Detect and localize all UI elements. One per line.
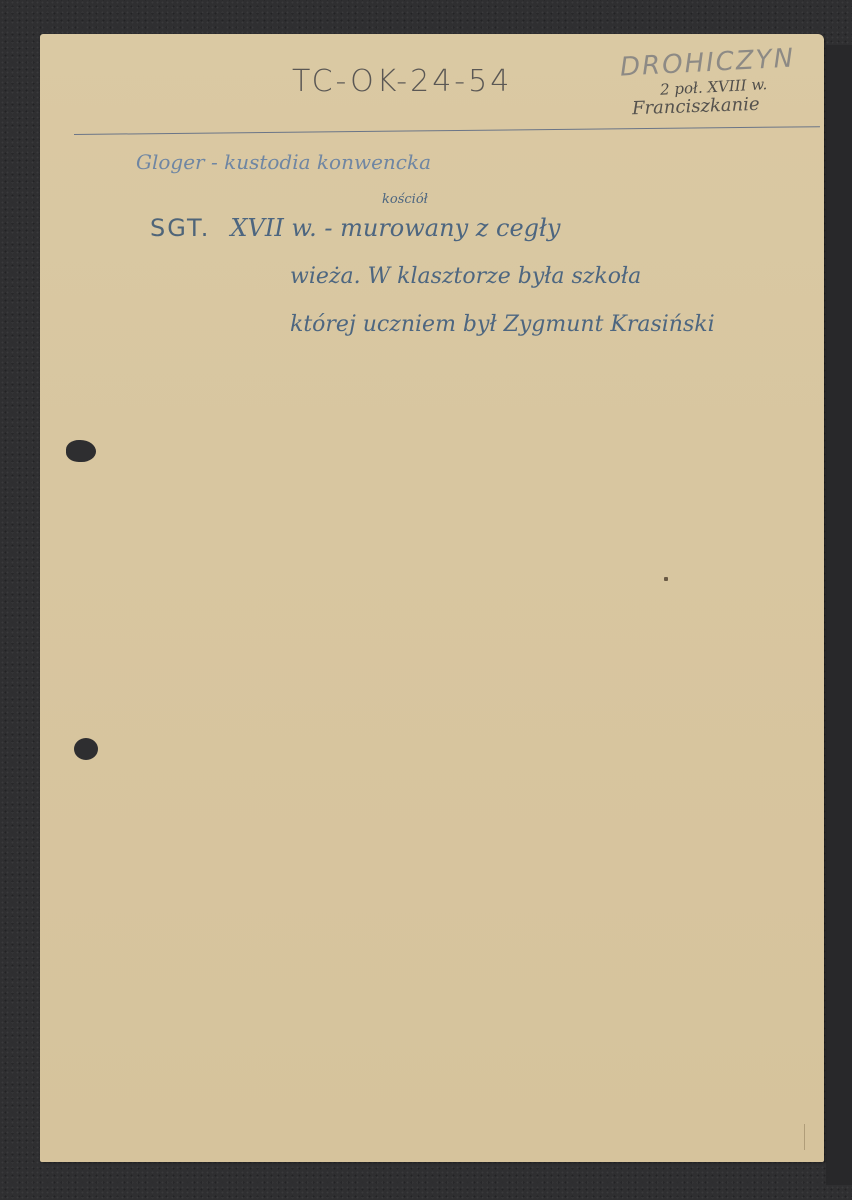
source-reference: Gloger - kustodia konwencka [136, 150, 431, 174]
inserted-word: kościół [382, 192, 428, 207]
paper-speck [664, 577, 668, 581]
header-divider [74, 126, 820, 135]
punch-hole-top [66, 440, 96, 462]
religious-order: Franciszkanie [632, 94, 760, 119]
paper-crease [804, 1124, 805, 1150]
entry-label: SGT. [150, 214, 210, 242]
punch-hole-bottom [74, 738, 98, 760]
catalog-signature: TC-OK-24-54 [292, 64, 512, 99]
scanner-background-strip [826, 45, 852, 1185]
entry-line-2: wieża. W klasztorze była szkoła [290, 264, 641, 289]
entry-text-1: XVII w. - murowany z cegły [230, 214, 560, 242]
place-name: DROHICZYN [619, 43, 795, 82]
entry-line-3: której uczniem był Zygmunt Krasiński [290, 312, 715, 337]
entry-line-1: SGT.XVII w. - murowany z cegły [150, 214, 560, 242]
archival-card: TC-OK-24-54 DROHICZYN 2 poł. XVIII w. Fr… [40, 34, 824, 1162]
